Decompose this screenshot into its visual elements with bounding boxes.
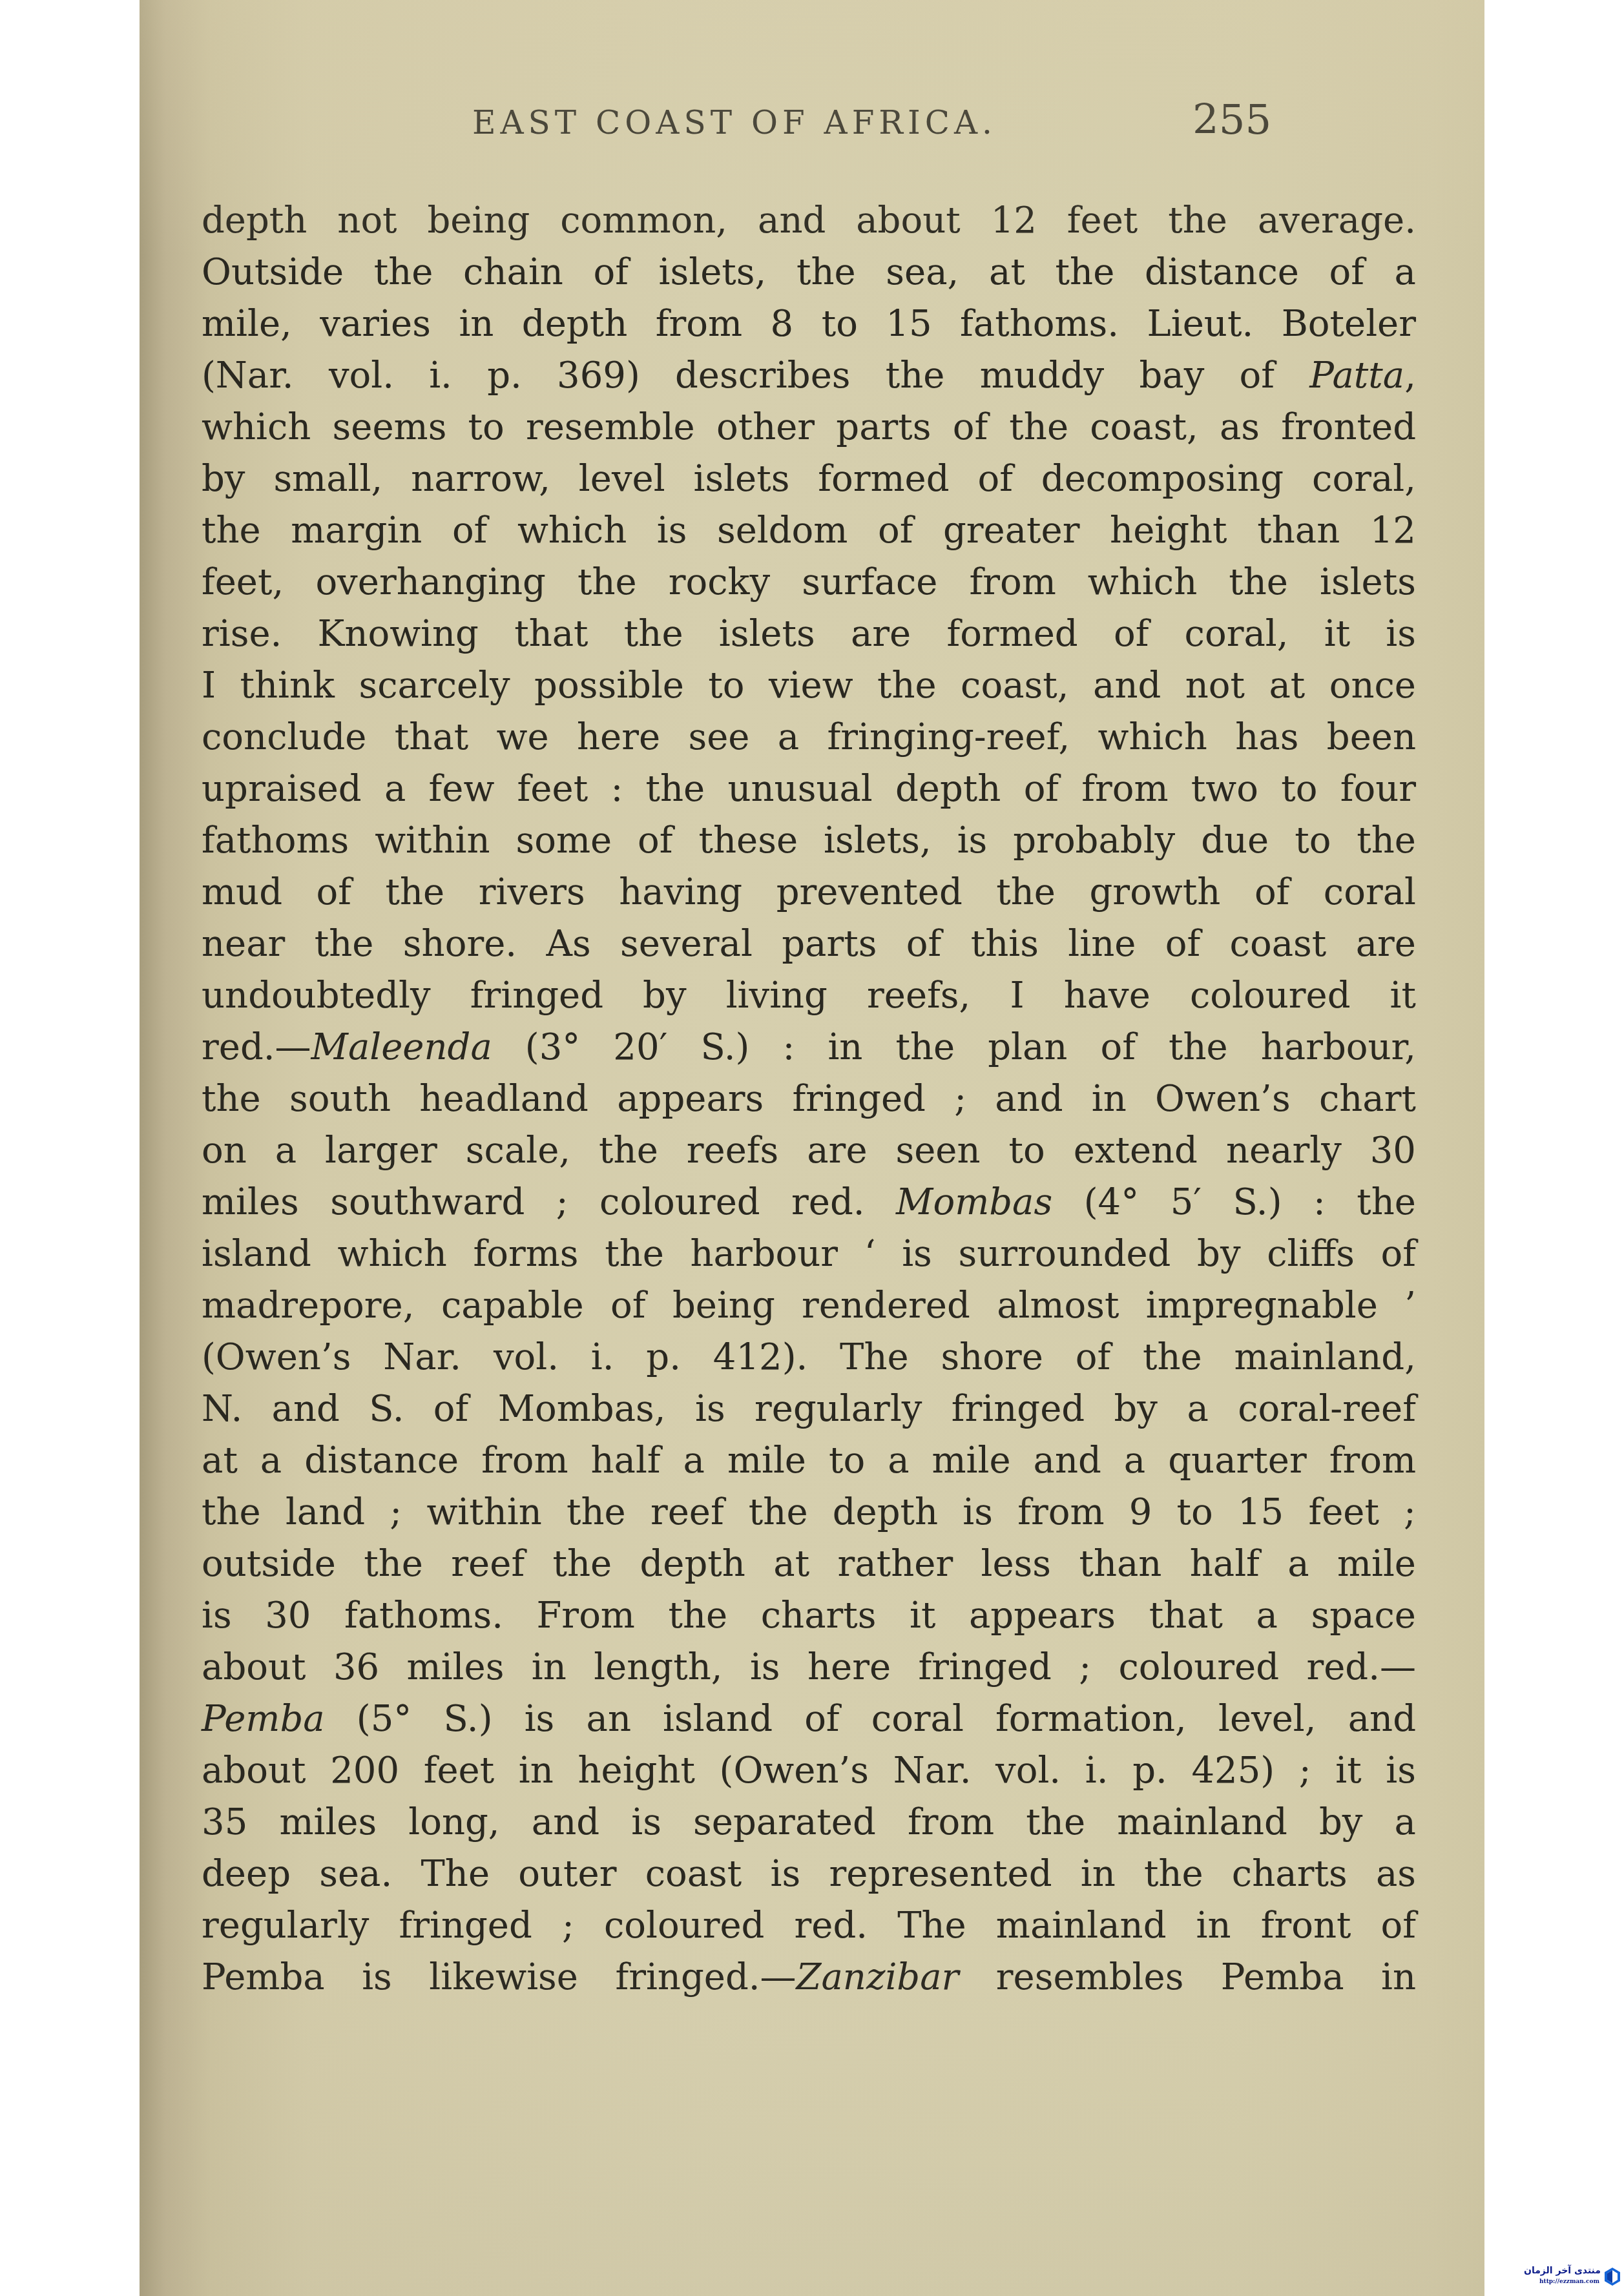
page-header: EAST COAST OF AFRICA. 255 [140, 97, 1484, 149]
text-line: mud of the rivers having prevented the g… [202, 867, 1416, 918]
hexagon-logo-icon [1603, 2267, 1621, 2286]
text-line: undoubtedly fringed by living reefs, I h… [202, 970, 1416, 1022]
text-line: about 36 miles in length, is here fringe… [202, 1642, 1416, 1693]
text-line: regularly fringed ; coloured red. The ma… [202, 1900, 1416, 1952]
place-name-maleenda: Maleenda [311, 1026, 492, 1068]
place-name-pemba: Pemba [202, 1698, 325, 1740]
text-line: N. and S. of Mombas, is regularly fringe… [202, 1383, 1416, 1435]
text-line: the south headland appears fringed ; and… [202, 1073, 1416, 1125]
text-line: feet, overhanging the rocky surface from… [202, 557, 1416, 608]
page-number: 255 [1192, 94, 1271, 146]
text-line: red.—Maleenda (3° 20′ S.) : in the plan … [202, 1022, 1416, 1073]
text-line: (Owen’s Nar. vol. i. p. 412). The shore … [202, 1332, 1416, 1383]
text-line: miles southward ; coloured red. Mombas (… [202, 1177, 1416, 1228]
place-name-patta: Patta [1309, 355, 1404, 397]
site-watermark: منتدى آخر الزمان http://ezzman.com [1486, 2254, 1624, 2296]
watermark-site-name: منتدى آخر الزمان [1524, 2266, 1601, 2276]
text-line: is 30 fathoms. From the charts it appear… [202, 1590, 1416, 1642]
text-line: conclude that we here see a fringing-ree… [202, 712, 1416, 763]
text-line: rise. Knowing that the islets are formed… [202, 608, 1416, 660]
text-line: island which forms the harbour ‘ is surr… [202, 1228, 1416, 1280]
running-title: EAST COAST OF AFRICA. [472, 97, 997, 149]
book-page: EAST COAST OF AFRICA. 255 depth not bein… [140, 0, 1484, 2296]
place-name-zanzibar: Zanzibar [796, 1956, 959, 1998]
text-line: Outside the chain of islets, the sea, at… [202, 247, 1416, 298]
text-line: at a distance from half a mile to a mile… [202, 1435, 1416, 1487]
text-line: which seems to resemble other parts of t… [202, 402, 1416, 453]
text-line: by small, narrow, level islets formed of… [202, 453, 1416, 505]
text-line: outside the reef the depth at rather les… [202, 1538, 1416, 1590]
text-line: (Nar. vol. i. p. 369) describes the mudd… [202, 350, 1416, 402]
text-line: I think scarcely possible to view the co… [202, 660, 1416, 712]
body-text: depth not being common, and about 12 fee… [202, 195, 1416, 2003]
text-line: upraised a few feet : the unusual depth … [202, 763, 1416, 815]
text-line: deep sea. The outer coast is represented… [202, 1848, 1416, 1900]
text-line: on a larger scale, the reefs are seen to… [202, 1125, 1416, 1177]
watermark-url: http://ezzman.com [1539, 2279, 1599, 2285]
text-line: depth not being common, and about 12 fee… [202, 195, 1416, 247]
text-line: about 200 feet in height (Owen’s Nar. vo… [202, 1745, 1416, 1797]
text-line: 35 miles long, and is separated from the… [202, 1797, 1416, 1848]
text-line: fathoms within some of these islets, is … [202, 815, 1416, 867]
text-line: the margin of which is seldom of greater… [202, 505, 1416, 557]
text-line: the land ; within the reef the depth is … [202, 1487, 1416, 1538]
text-line: Pemba (5° S.) is an island of coral form… [202, 1693, 1416, 1745]
text-line: mile, varies in depth from 8 to 15 fatho… [202, 298, 1416, 350]
text-line: madrepore, capable of being rendered alm… [202, 1280, 1416, 1332]
place-name-mombas: Mombas [896, 1181, 1052, 1223]
text-line: Pemba is likewise fringed.—Zanzibar rese… [202, 1952, 1416, 2003]
text-line: near the shore. As several parts of this… [202, 918, 1416, 970]
